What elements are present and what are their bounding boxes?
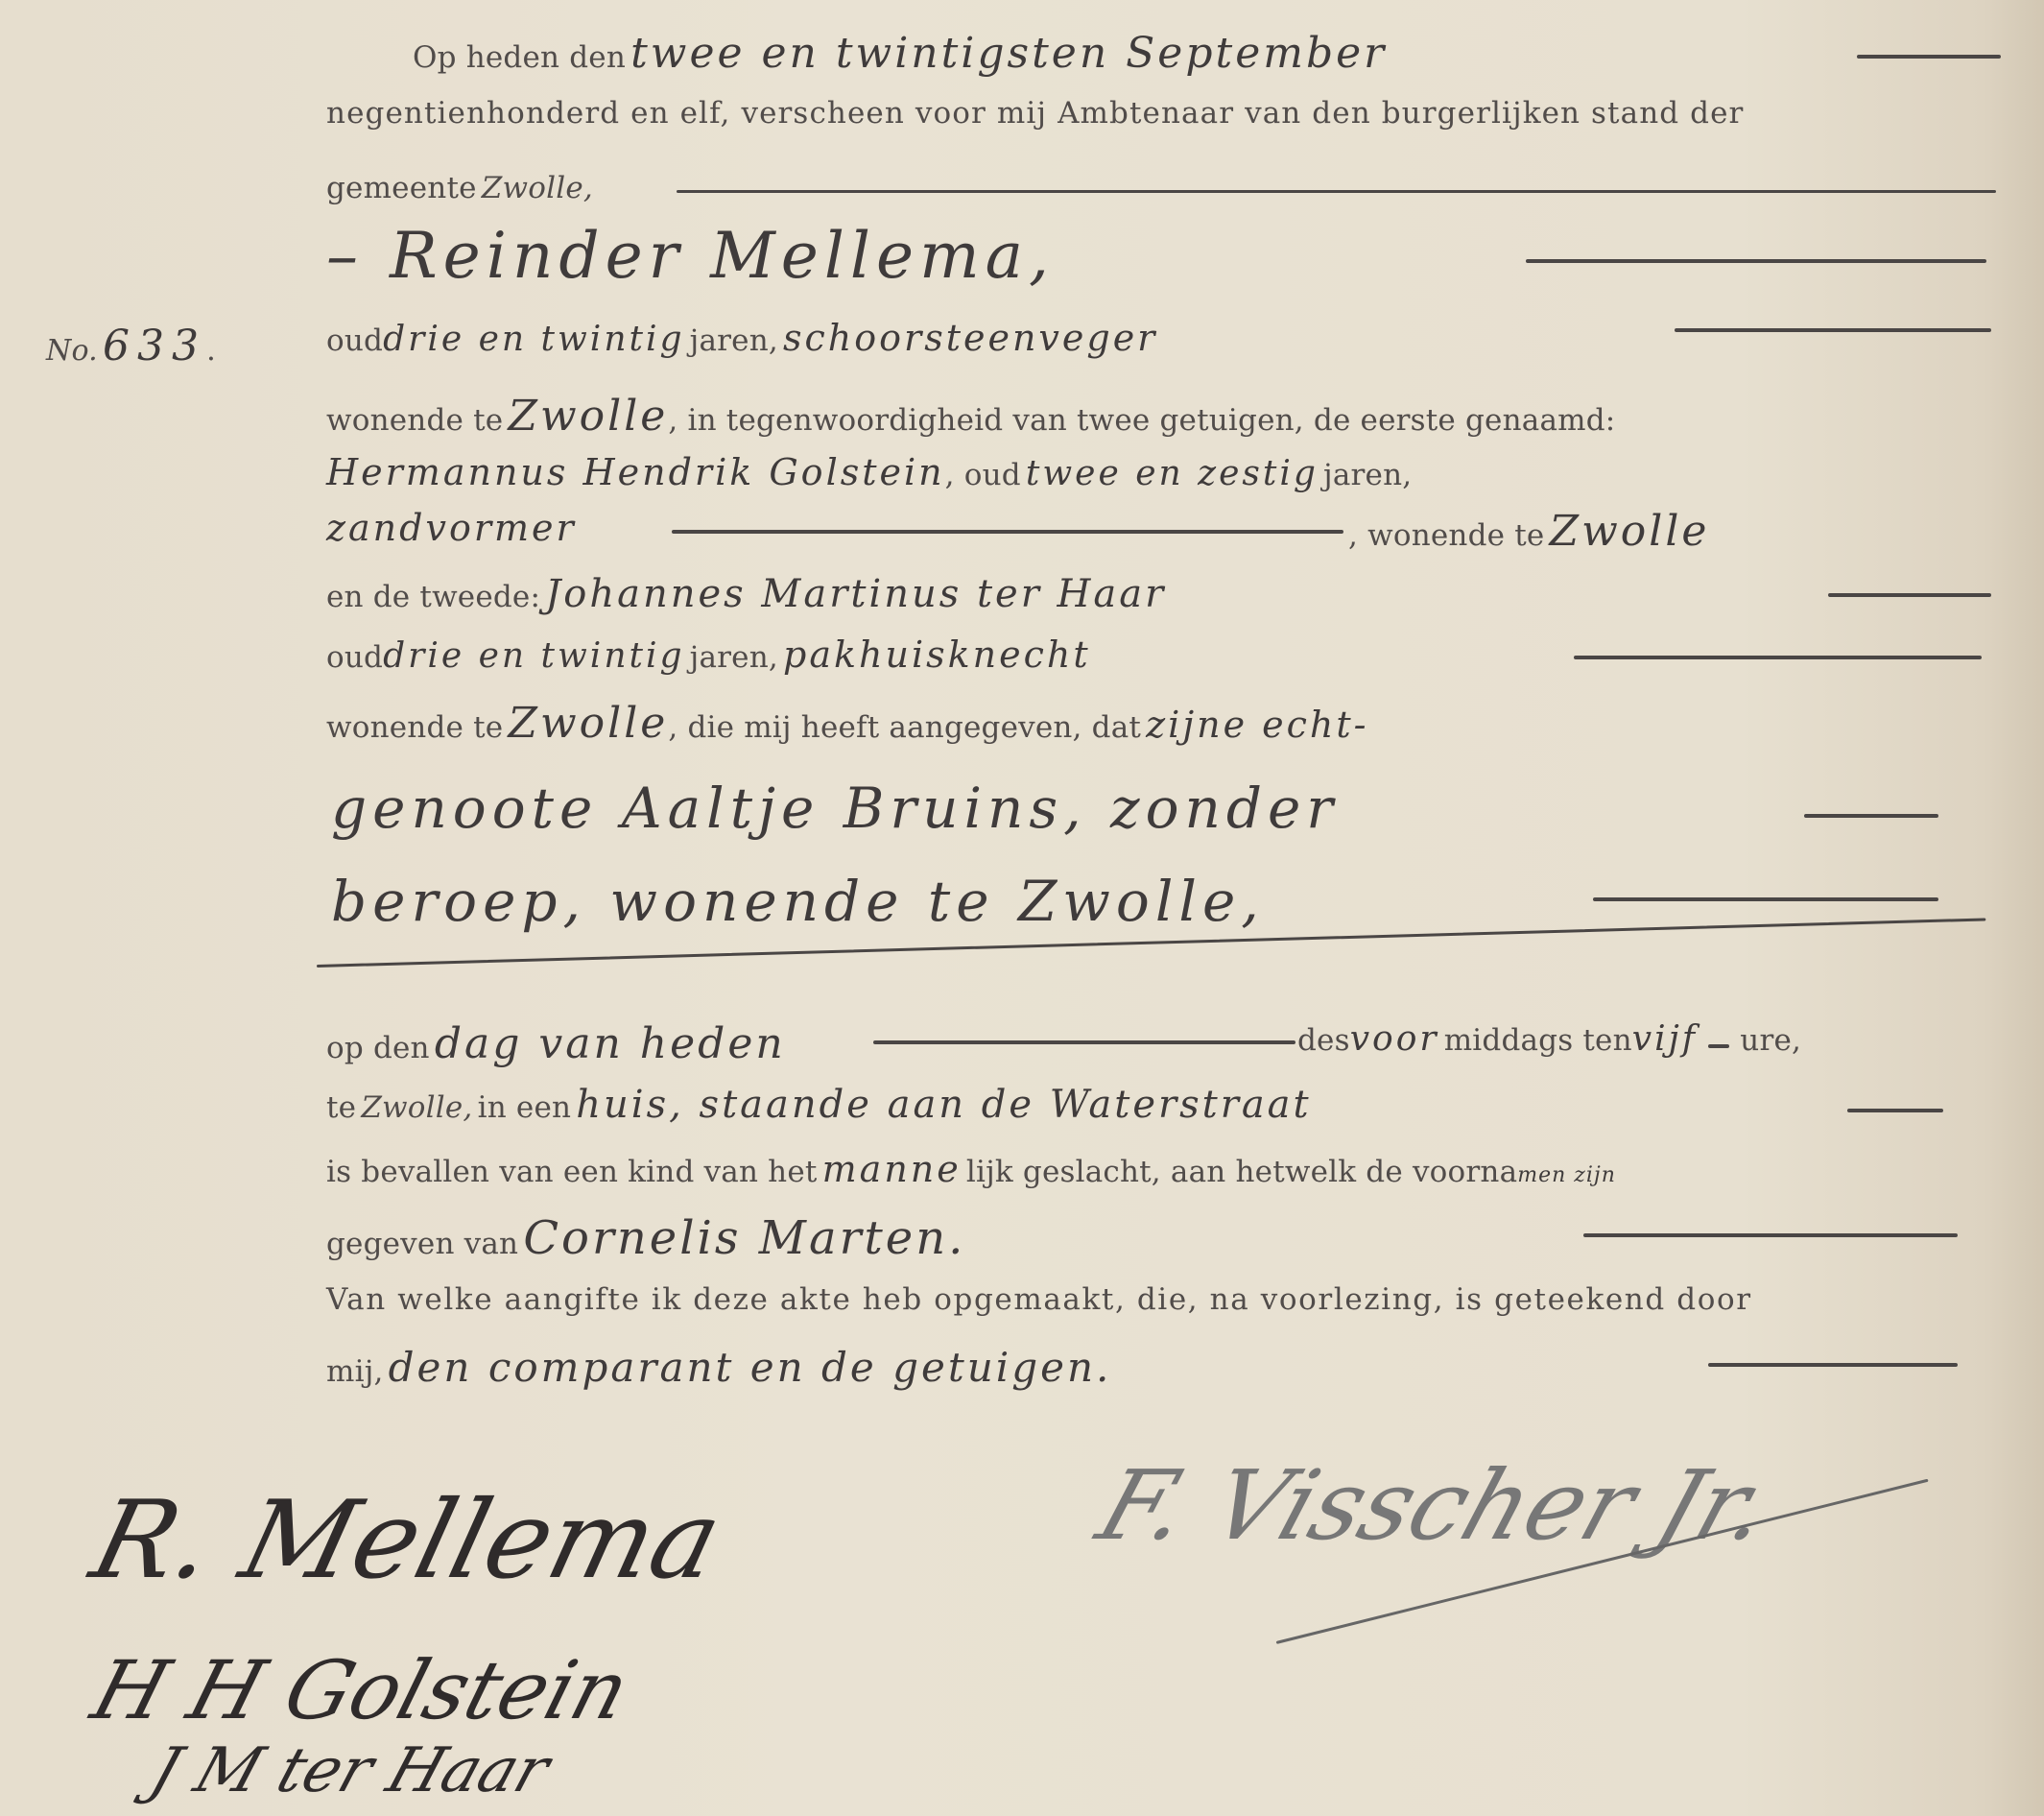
handwritten-hour: vijf — [1632, 1019, 1698, 1059]
fill-line — [1847, 1109, 1943, 1112]
line-9: en de tweede: Johannes Martinus ter Haar — [326, 572, 1166, 616]
line-2: negentienhonderd en elf, verscheen voor … — [326, 96, 1744, 131]
printed-text: te — [326, 1090, 356, 1125]
handwritten-mother-name: genoote Aaltje Bruins, zonder — [331, 776, 1339, 841]
handwritten-age: twee en zestig — [1026, 454, 1319, 493]
handwritten-sex: manne — [822, 1148, 962, 1190]
handwritten-occupation: pakhuisknecht — [783, 633, 1091, 676]
line-17: gegeven van Cornelis Marten. — [326, 1211, 965, 1265]
printed-text: lijk geslacht, aan hetwelk de voorna — [966, 1155, 1517, 1189]
line-8: zandvormer — [326, 507, 577, 549]
printed-text: gegeven van — [326, 1227, 518, 1261]
record-number-value: 633 — [103, 322, 206, 370]
printed-text: jaren, — [690, 640, 778, 675]
fill-line — [873, 1040, 1295, 1044]
printed-text: op den — [326, 1031, 430, 1065]
handwritten-text: men zijn — [1517, 1163, 1616, 1187]
signature-witness1: H H Golstein — [83, 1643, 639, 1737]
record-number: No. 633. — [46, 322, 216, 370]
handwritten-day: dag van heden — [435, 1019, 786, 1068]
printed-text: des — [1297, 1023, 1350, 1058]
printed-text: middags ten — [1444, 1023, 1632, 1058]
line-14b: desvoor middags tenvijf ure, — [1297, 1019, 1801, 1059]
printed-text: , wonende te — [1348, 518, 1544, 553]
printed-text: negentienhonderd en elf, verscheen voor … — [326, 96, 1744, 131]
fill-dash — [1708, 1044, 1729, 1048]
handwritten-declarant-name: – Reinder Mellema, — [326, 219, 1055, 293]
printed-text: wonende te — [326, 403, 503, 438]
handwritten-city: Zwolle — [508, 699, 668, 748]
fill-line — [1708, 1363, 1958, 1367]
printed-text: jaren, — [1323, 458, 1412, 492]
printed-text: wonende te — [326, 710, 503, 745]
line-1: Op heden den twee en twintigsten Septemb… — [413, 29, 1387, 78]
signature-witness2: J M ter Haar — [142, 1735, 558, 1806]
fill-line — [1574, 656, 1982, 659]
printed-text: mij, — [326, 1354, 384, 1389]
printed-text: jaren, — [690, 323, 778, 358]
line-5: ouddrie en twintig jaren, schoorsteenveg… — [326, 317, 1157, 359]
handwritten-witness2-name: Johannes Martinus ter Haar — [545, 572, 1166, 616]
handwritten-witness1-name: Hermannus Hendrik Golstein — [326, 451, 945, 493]
handwritten-occupation: schoorsteenveger — [783, 317, 1157, 359]
printed-text: gemeente — [326, 171, 477, 205]
printed-text: in een — [478, 1090, 572, 1125]
printed-text: is bevallen van een kind van het — [326, 1155, 818, 1189]
signature-declarant: R. Mellema — [81, 1478, 733, 1603]
line-15: te Zwolle, in een huis, staande aan de W… — [326, 1083, 1312, 1127]
signature-official: F. Visscher Jr. — [1085, 1449, 1784, 1562]
fill-line — [677, 190, 1996, 193]
handwritten-city: Zwolle — [1550, 507, 1710, 556]
handwritten-am-pm: voor — [1350, 1019, 1439, 1059]
printed-text: , in tegenwoordigheid van twee getuigen,… — [668, 403, 1615, 438]
handwritten-city: Zwolle — [508, 392, 668, 441]
handwritten-text: zijne echt- — [1146, 704, 1368, 746]
printed-text: oud — [326, 640, 383, 675]
printed-text: , oud — [945, 458, 1021, 492]
handwritten-occupation: zandvormer — [326, 507, 577, 549]
printed-text: Van welke aangifte ik deze akte heb opge… — [326, 1282, 1752, 1317]
fill-line — [1526, 259, 1986, 263]
line-16: is bevallen van een kind van het manne l… — [326, 1148, 1616, 1190]
printed-city: Zwolle, — [482, 171, 593, 205]
fill-line — [1675, 328, 1991, 332]
line-11: wonende te Zwolle, die mij heeft aangege… — [326, 699, 1369, 748]
line-8b: , wonende te Zwolle — [1348, 507, 1709, 556]
fill-line — [672, 530, 1343, 534]
line-4-declarant: – Reinder Mellema, — [326, 219, 1055, 293]
fill-line — [1593, 897, 1938, 901]
handwritten-text: beroep, wonende te Zwolle, — [331, 869, 1265, 934]
handwritten-address: huis, staande aan de Waterstraat — [576, 1083, 1311, 1127]
line-14: op den dag van heden — [326, 1019, 786, 1068]
line-13: beroep, wonende te Zwolle, — [331, 869, 1265, 934]
printed-text: oud — [326, 323, 383, 358]
fill-line — [1804, 814, 1938, 818]
fill-line — [1857, 55, 2001, 59]
line-3: gemeente Zwolle, — [326, 171, 593, 205]
printed-city: Zwolle, — [361, 1090, 472, 1125]
handwritten-child-name: Cornelis Marten. — [523, 1211, 965, 1265]
handwritten-age: drie en twintig — [383, 636, 684, 676]
line-19: mij, den comparant en de getuigen. — [326, 1344, 1111, 1391]
handwritten-date: twee en twintigsten September — [630, 29, 1387, 78]
printed-text: ure, — [1740, 1023, 1801, 1058]
handwritten-age: drie en twintig — [383, 320, 684, 359]
line-18: Van welke aangifte ik deze akte heb opge… — [326, 1282, 1752, 1317]
printed-text: , die mij heeft aangegeven, dat — [668, 710, 1141, 745]
printed-text: Op heden den — [413, 40, 626, 75]
printed-text: en de tweede: — [326, 580, 540, 614]
fill-line — [1828, 593, 1991, 597]
line-10: ouddrie en twintig jaren, pakhuisknecht — [326, 633, 1091, 676]
line-7: Hermannus Hendrik Golstein, oud twee en … — [326, 451, 1412, 493]
handwritten-text: den comparant en de getuigen. — [389, 1344, 1112, 1391]
record-number-label: No. — [46, 334, 98, 368]
line-12-mother: genoote Aaltje Bruins, zonder — [331, 776, 1339, 841]
line-6: wonende te Zwolle, in tegenwoordigheid v… — [326, 392, 1615, 441]
fill-line — [1583, 1233, 1958, 1237]
